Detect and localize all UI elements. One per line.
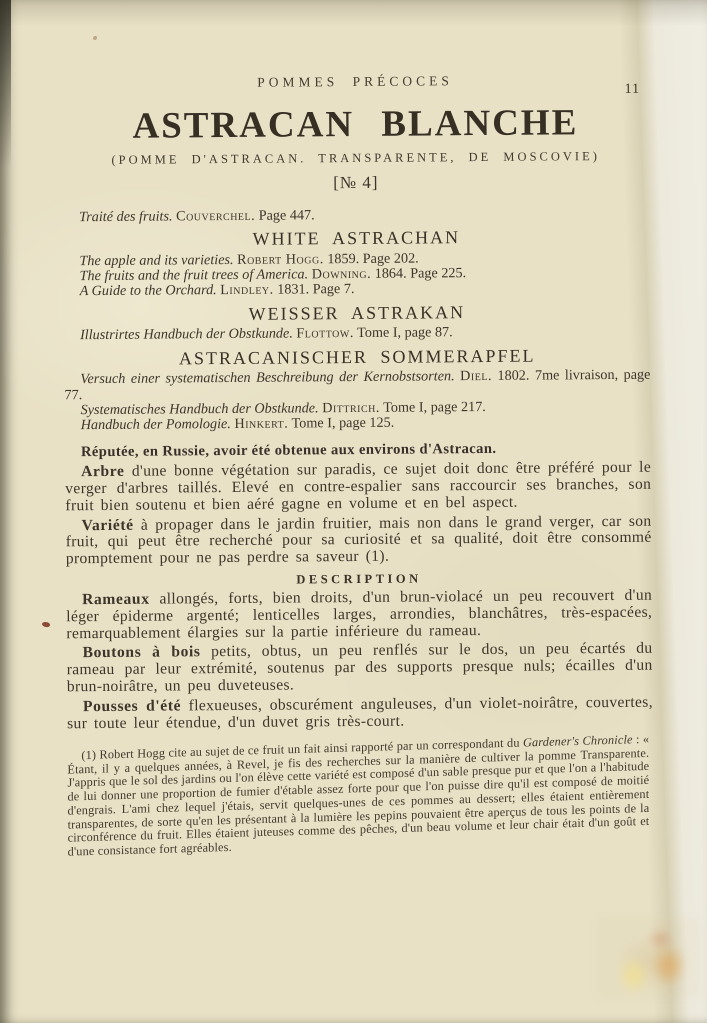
- page-header: POMMES PRÉCOCES 11: [62, 72, 648, 99]
- work-author: Robert Hogg.: [237, 251, 324, 268]
- work-pages: Tome I, page 125.: [292, 415, 395, 432]
- paragraph-lead: Rameaux: [82, 591, 150, 609]
- work-author: Couverchel.: [176, 208, 255, 225]
- paragraph-variete: Variété à propager dans le jardin fruiti…: [65, 513, 651, 568]
- work-author: Diel.: [460, 368, 492, 384]
- origin-note: Réputée, en Russie, avoir été obtenue au…: [65, 440, 651, 462]
- work-title: Handbuch der Pomologie.: [81, 416, 231, 433]
- paper-speck: [93, 36, 97, 40]
- ink-speck: [41, 621, 50, 628]
- page-gutter-shadow: [0, 0, 11, 170]
- show-through-stain: [596, 918, 700, 998]
- page-content: POMMES PRÉCOCES 11 ASTRACAN BLANCHE (POM…: [62, 72, 654, 865]
- running-head: POMMES PRÉCOCES: [62, 72, 648, 93]
- variety-synonyms: (POMME D'ASTRACAN. TRANSPARENTE, DE MOSC…: [63, 149, 649, 169]
- book-page-scan: POMMES PRÉCOCES 11 ASTRACAN BLANCHE (POM…: [0, 0, 707, 1023]
- work-pages: 1864. Page 225.: [375, 265, 467, 282]
- work-author: Flottow.: [296, 325, 354, 341]
- paragraph-arbre: Arbre d'une bonne végétation sur paradis…: [65, 460, 651, 515]
- description-heading: DESCRIPTION: [66, 570, 652, 590]
- work-title: Traité des fruits.: [79, 208, 173, 225]
- work-title: A Guide to the Orchard.: [80, 282, 217, 299]
- work-pages: Tome I, page 87.: [357, 325, 453, 342]
- paragraph-pousses: Pousses d'été flexueuses, obscurément an…: [67, 694, 653, 732]
- reference-lindley: A Guide to the Orchard. Lindley. 1831. P…: [64, 280, 650, 300]
- reference-flottow: Illustrirtes Handbuch der Obstkunde. Flo…: [64, 324, 650, 344]
- page-number: 11: [625, 82, 641, 98]
- work-author: Dittrich.: [322, 400, 380, 416]
- work-author: Hinkert.: [234, 416, 288, 432]
- paragraph-rameaux: Rameaux allongés, forts, bien droits, d'…: [66, 588, 652, 643]
- paragraph-lead: Arbre: [81, 463, 125, 480]
- work-author: Downing.: [312, 266, 372, 282]
- paragraph-text: à propager dans le jardin fruitier, mais…: [66, 512, 652, 567]
- variety-title: ASTRACAN BLANCHE: [62, 104, 648, 146]
- synonym-heading-english: WHITE ASTRACHAN: [63, 227, 649, 251]
- bibliography-section: Traité des fruits. Couverchel. Page 447.…: [63, 206, 651, 434]
- paragraph-boutons: Boutons à bois petits, obtus, un peu ren…: [66, 641, 652, 696]
- work-pages: Tome I, page 217.: [383, 399, 486, 416]
- footnote: (1) Robert Hogg cite au sujet de ce frui…: [67, 733, 649, 859]
- paragraph-text: d'une bonne végétation sur paradis, ce s…: [65, 459, 651, 514]
- synonym-heading-german-1: WEISSER ASTRAKAN: [64, 301, 650, 325]
- synonym-heading-german-2: ASTRACANISCHER SOMMERAPFEL: [64, 345, 650, 369]
- work-title: Illustrirtes Handbuch der Obstkunde.: [80, 326, 293, 344]
- paragraph-text: allongés, forts, bien droits, d'un brun-…: [66, 587, 652, 642]
- reference-hinkert: Handbuch der Pomologie. Hinkert. Tome I,…: [65, 414, 651, 434]
- paragraph-lead: Boutons à bois: [82, 644, 200, 662]
- work-title: Versuch einer systematischen Beschreibun…: [80, 369, 454, 388]
- work-pages: Page 447.: [259, 207, 315, 223]
- paragraph-lead: Pousses d'été: [83, 697, 181, 715]
- work-pages: 1859. Page 202.: [327, 251, 419, 268]
- paragraph-lead: Variété: [81, 516, 133, 533]
- reference-couverchel: Traité des fruits. Couverchel. Page 447.: [63, 206, 649, 226]
- variety-number: [№ 4]: [63, 171, 649, 196]
- work-author: Lindley.: [220, 282, 274, 298]
- reference-diel: Versuch einer systematischen Beschreibun…: [64, 368, 650, 403]
- work-pages: 1831. Page 7.: [277, 281, 354, 298]
